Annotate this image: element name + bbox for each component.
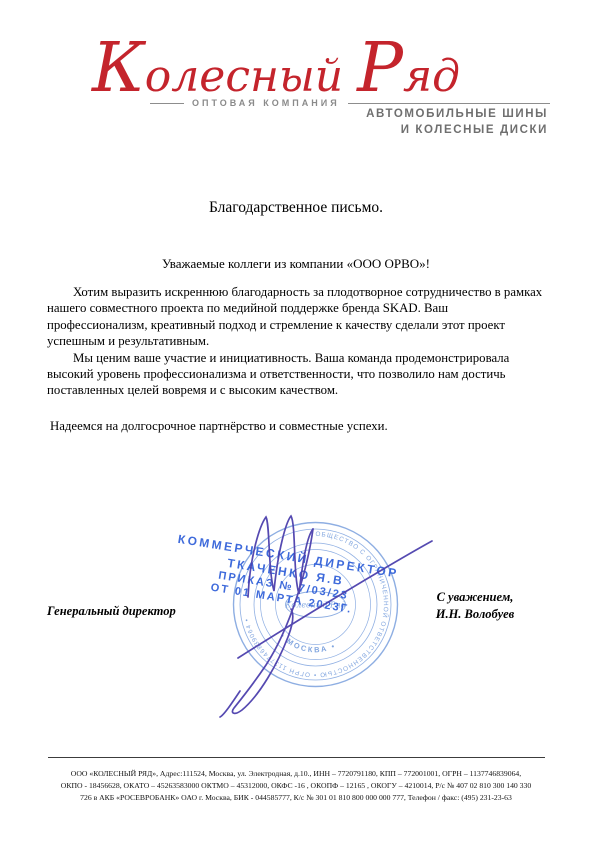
tagline-line-1: АВТОМОБИЛЬНЫЕ ШИНЫ [366, 107, 548, 123]
footer-requisites: ООО «КОЛЕСНЫЙ РЯД», Адрес:111524, Москва… [20, 768, 572, 803]
signature-salutation: С уважением, [420, 589, 530, 606]
tagline-line-2: И КОЛЕСНЫЕ ДИСКИ [366, 123, 548, 139]
footer-divider [48, 757, 545, 758]
letter-page: Колесный Ряд ОПТОВАЯ КОМПАНИЯ АВТОМОБИЛЬ… [0, 0, 592, 841]
company-tagline: АВТОМОБИЛЬНЫЕ ШИНЫ И КОЛЕСНЫЕ ДИСКИ [366, 107, 548, 138]
signer-name: И.Н. Волобуев [420, 606, 530, 623]
paragraph-1: Хотим выразить искреннюю благодарность з… [47, 284, 547, 350]
divider-line [150, 103, 184, 104]
letter-title: Благодарственное письмо. [0, 199, 592, 217]
letter-greeting: Уважаемые коллеги из компании «ООО ОРВО»… [0, 256, 592, 272]
divider-line [348, 103, 550, 104]
paragraph-2: Мы ценим ваше участие и инициативность. … [47, 350, 547, 399]
closing-line: Надеемся на долгосрочное партнёрство и с… [47, 418, 547, 434]
footer-line-2: ОКПО - 18456628, ОКАТО – 45263583000 ОКТ… [20, 780, 572, 792]
signer-position: Генеральный директор [47, 604, 176, 619]
logo-subtitle: ОПТОВАЯ КОМПАНИЯ [192, 98, 340, 108]
footer-line-1: ООО «КОЛЕСНЫЙ РЯД», Адрес:111524, Москва… [20, 768, 572, 780]
letter-body: Хотим выразить искреннюю благодарность з… [47, 284, 547, 434]
handwritten-signature [170, 495, 450, 720]
footer-line-3: 726 в АКБ «РОСЕВРОБАНК» ОАО г. Москва, Б… [20, 792, 572, 804]
signer-name-block: С уважением, И.Н. Волобуев [420, 589, 530, 622]
